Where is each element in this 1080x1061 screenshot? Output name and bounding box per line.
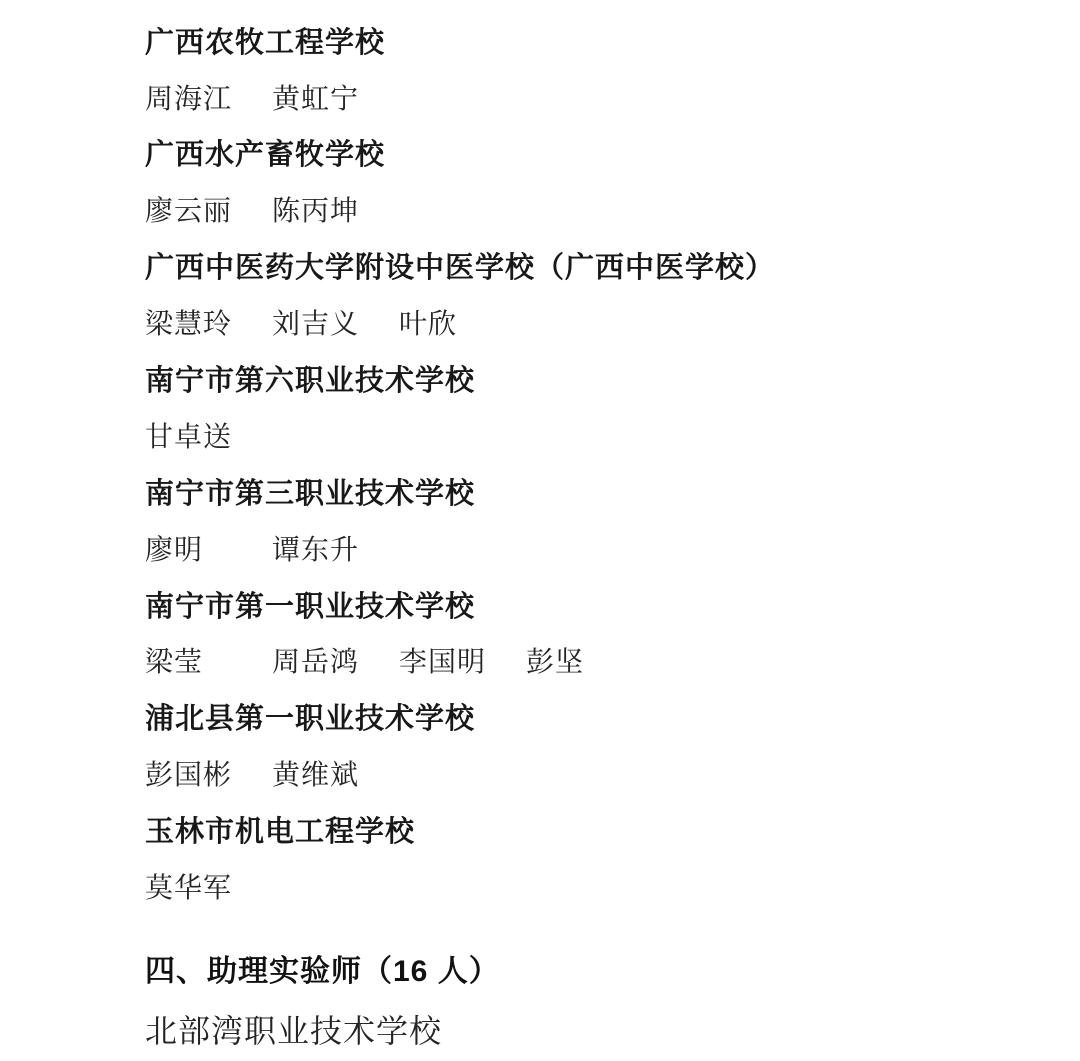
person-name: 梁慧玲 — [145, 302, 272, 342]
school-heading: 浦北县第一职业技术学校 — [145, 689, 1040, 745]
person-name: 莫华军 — [145, 866, 272, 906]
person-name: 李国明 — [399, 640, 526, 680]
school-heading: 广西农牧工程学校 — [145, 12, 1040, 68]
names-row: 周海江 黄虹宁 — [145, 68, 1040, 124]
person-name: 彭坚 — [526, 640, 653, 680]
person-name: 廖云丽 — [145, 189, 272, 229]
person-name: 陈丙坤 — [272, 189, 399, 229]
school-heading: 南宁市第三职业技术学校 — [145, 463, 1040, 519]
person-name: 黄虹宁 — [272, 77, 399, 117]
person-name: 黄维斌 — [272, 753, 399, 793]
person-name: 谭东升 — [272, 528, 399, 568]
person-name: 甘卓送 — [145, 415, 272, 455]
names-row: 梁慧玲 刘吉义 叶欣 — [145, 294, 1040, 350]
names-row: 梁莹 周岳鸿 李国明 彭坚 — [145, 632, 1040, 688]
school-heading: 南宁市第六职业技术学校 — [145, 350, 1040, 406]
person-name: 刘吉义 — [272, 302, 399, 342]
school-heading: 广西水产畜牧学校 — [145, 125, 1040, 181]
school-heading: 南宁市第一职业技术学校 — [145, 576, 1040, 632]
document-page: 广西农牧工程学校 周海江 黄虹宁 广西水产畜牧学校 廖云丽 陈丙坤 广西中医药大… — [0, 0, 1080, 1061]
names-row: 廖云丽 陈丙坤 — [145, 181, 1040, 237]
school-heading: 广西中医药大学附设中医学校（广西中医学校） — [145, 238, 1040, 294]
person-name: 梁莹 — [145, 640, 272, 680]
person-name: 彭国彬 — [145, 753, 272, 793]
names-row: 甘卓送 — [145, 407, 1040, 463]
names-row: 莫华军 — [145, 858, 1040, 914]
names-row: 廖明 谭东升 — [145, 520, 1040, 576]
school-heading: 玉林市机电工程学校 — [145, 801, 1040, 857]
person-name: 周岳鸿 — [272, 640, 399, 680]
school-line: 北部湾职业技术学校 — [145, 1001, 1040, 1057]
person-name: 周海江 — [145, 77, 272, 117]
person-name: 廖明 — [145, 528, 272, 568]
section-heading: 四、助理实验师（16 人） — [145, 940, 1040, 996]
person-name: 叶欣 — [399, 302, 526, 342]
names-row: 彭国彬 黄维斌 — [145, 745, 1040, 801]
